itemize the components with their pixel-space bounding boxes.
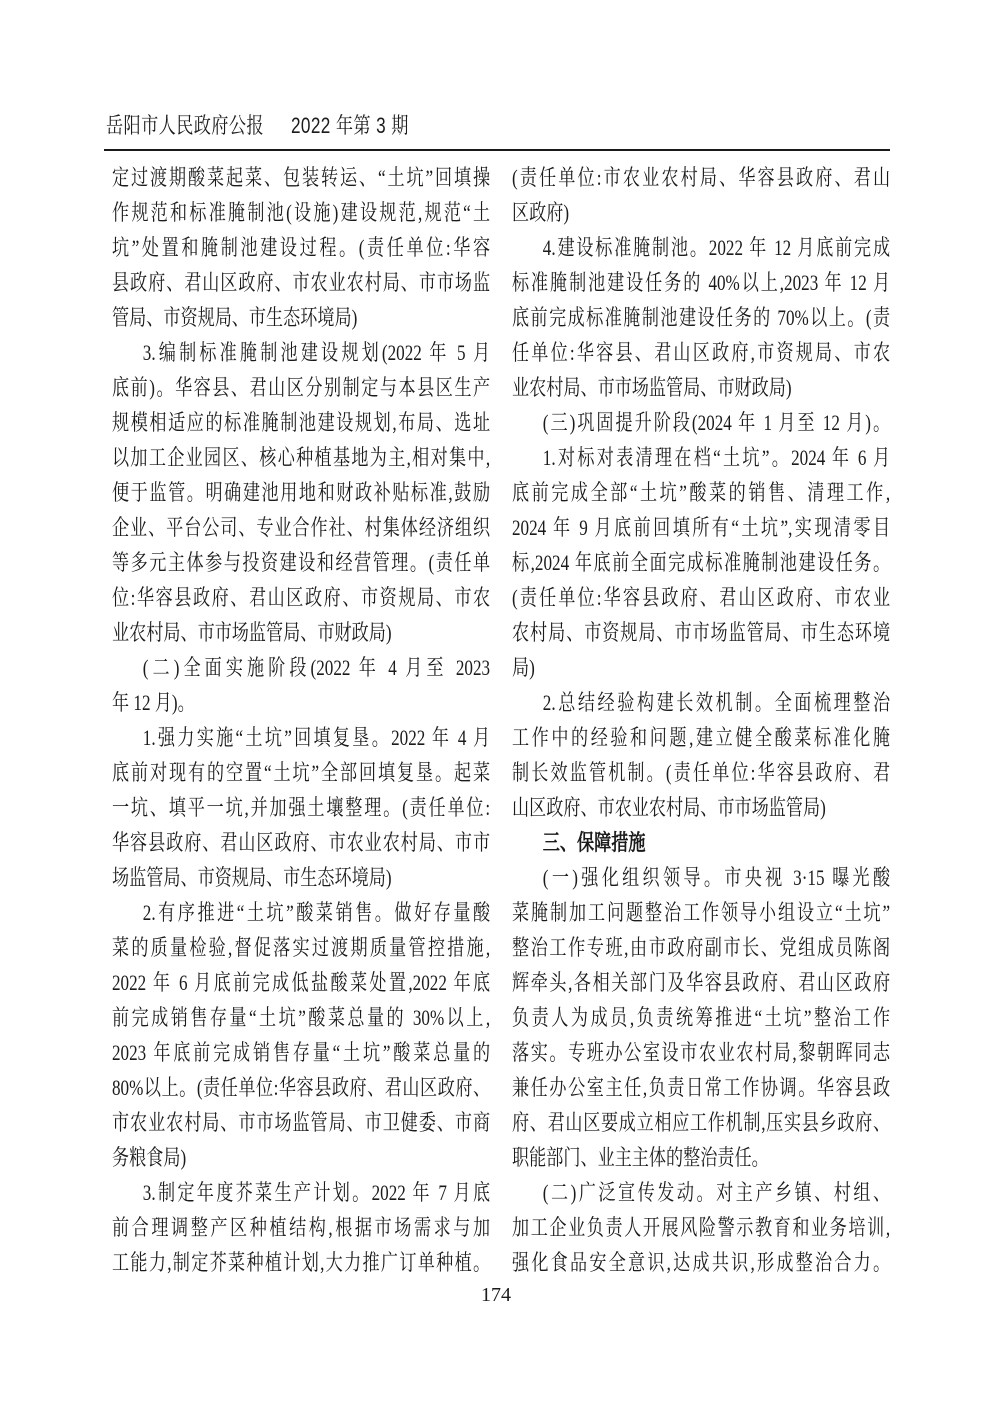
text-line: 场监管局、市资规局、市生态环境局) [112,860,490,895]
text-line: 2.有序推进“土坑”酸菜销售。做好存量酸 [112,895,490,930]
text-line: 府、君山区要成立相应工作机制,压实县乡政府、 [512,1105,890,1140]
text-line: 农村局、市资规局、市市场监管局、市生态环境 [512,615,890,650]
text-line: 前合理调整产区种植结构,根据市场需求与加 [112,1210,490,1245]
text-line: 以加工企业园区、核心种植基地为主,相对集中, [112,440,490,475]
text-line: 年 12 月)。 [112,685,490,720]
text-line: 管局、市资规局、市生态环境局) [112,300,490,335]
text-line: 规模相适应的标准腌制池建设规划,布局、选址 [112,405,490,440]
text-line: 标,2024 年底前全面完成标准腌制池建设任务。 [512,545,890,580]
text-line: 强化食品安全意识,达成共识,形成整治合力。 [512,1245,890,1280]
text-line: 职能部门、业主主体的整治责任。 [512,1140,890,1175]
text-line: 华容县政府、君山区政府、市农业农村局、市市 [112,825,490,860]
page: 岳阳市人民政府公报 2022 年第 3 期 定过渡期酸菜起菜、包装转运、“土坑”… [0,0,992,1403]
text-line: 等多元主体参与投资建设和经营管理。(责任单 [112,545,490,580]
text-line: 便于监管。明确建池用地和财政补贴标准,鼓励 [112,475,490,510]
text-line: 区政府) [512,195,890,230]
column-right: (责任单位:市农业农村局、华容县政府、君山区政府)4.建设标准腌制池。2022 … [512,160,890,1280]
text-line: 菜的质量检验,督促落实过渡期质量管控措施, [112,930,490,965]
header-rule [104,149,890,151]
text-line: 位:华容县政府、君山区政府、市资规局、市农 [112,580,490,615]
text-line: (责任单位:华容县政府、君山区政府、市农业 [512,580,890,615]
text-line: 整治工作专班,由市政府副市长、党组成员陈阁 [512,930,890,965]
text-line: 底前对现有的空置“土坑”全部回填复垦。起菜 [112,755,490,790]
text-line: 工作中的经验和问题,建立健全酸菜标准化腌 [512,720,890,755]
text-line: 坑”处置和腌制池建设过程。(责任单位:华容 [112,230,490,265]
text-line: 加工企业负责人开展风险警示教育和业务培训, [512,1210,890,1245]
text-line: (责任单位:市农业农村局、华容县政府、君山 [512,160,890,195]
page-number: 174 [0,1281,992,1309]
text-line: 底前完成全部“土坑”酸菜的销售、清理工作, [512,475,890,510]
text-line: 3.制定年度芥菜生产计划。2022 年 7 月底 [112,1175,490,1210]
text-line: (三)巩固提升阶段(2024 年 1 月至 12 月)。 [512,405,890,440]
text-line: 制长效监管机制。(责任单位:华容县政府、君 [512,755,890,790]
text-line: 底前完成标准腌制池建设任务的 70%以上。(责 [512,300,890,335]
text-line: 辉牵头,各相关部门及华容县政府、君山区政府 [512,965,890,1000]
text-line: 定过渡期酸菜起菜、包装转运、“土坑”回填操 [112,160,490,195]
text-line: 市农业农村局、市市场监管局、市卫健委、市商 [112,1105,490,1140]
gazette-header: 岳阳市人民政府公报 2022 年第 3 期 [106,112,409,140]
gazette-title: 岳阳市人民政府公报 [106,113,264,138]
text-line: 80%以上。(责任单位:华容县政府、君山区政府、 [112,1070,490,1105]
text-line: 业农村局、市市场监管局、市财政局) [512,370,890,405]
gazette-issue: 2022 年第 3 期 [291,113,409,138]
text-line: 3.编制标准腌制池建设规划(2022 年 5 月 [112,335,490,370]
text-line: 务粮食局) [112,1140,490,1175]
text-line: 2.总结经验构建长效机制。全面梳理整治 [512,685,890,720]
text-line: 底前)。华容县、君山区分别制定与本县区生产 [112,370,490,405]
text-line: (二)广泛宣传发动。对主产乡镇、村组、 [512,1175,890,1210]
text-line: 1.对标对表清理在档“土坑”。2024 年 6 月 [512,440,890,475]
text-line: 1.强力实施“土坑”回填复垦。2022 年 4 月 [112,720,490,755]
column-left: 定过渡期酸菜起菜、包装转运、“土坑”回填操作规范和标准腌制池(设施)建设规范,规… [112,160,490,1280]
text-line: 落实。专班办公室设市农业农村局,黎朝晖同志 [512,1035,890,1070]
text-line: 企业、平台公司、专业合作社、村集体经济组织 [112,510,490,545]
text-line: 作规范和标准腌制池(设施)建设规范,规范“土 [112,195,490,230]
text-line: 2022 年 6 月底前完成低盐酸菜处置,2022 年底 [112,965,490,1000]
text-line: 2023 年底前完成销售存量“土坑”酸菜总量的 [112,1035,490,1070]
text-line: 前完成销售存量“土坑”酸菜总量的 30%以上, [112,1000,490,1035]
text-line: 菜腌制加工问题整治工作领导小组设立“土坑” [512,895,890,930]
text-line: 负责人为成员,负责统筹推进“土坑”整治工作 [512,1000,890,1035]
text-line: 一坑、填平一坑,并加强土壤整理。(责任单位: [112,790,490,825]
text-line: 业农村局、市市场监管局、市财政局) [112,615,490,650]
text-line: 2024 年 9 月底前回填所有“土坑”,实现清零目 [512,510,890,545]
text-line: 标准腌制池建设任务的 40%以上,2023 年 12 月 [512,265,890,300]
text-line: 县政府、君山区政府、市农业农村局、市市场监 [112,265,490,300]
text-line: 4.建设标准腌制池。2022 年 12 月底前完成 [512,230,890,265]
text-line: 工能力,制定芥菜种植计划,大力推广订单种植。 [112,1245,490,1280]
text-line: 三、保障措施 [512,825,890,860]
text-line: 局) [512,650,890,685]
text-line: 任单位:华容县、君山区政府,市资规局、市农 [512,335,890,370]
text-line: 山区政府、市农业农村局、市市场监管局) [512,790,890,825]
text-line: 兼任办公室主任,负责日常工作协调。华容县政 [512,1070,890,1105]
text-line: (一)强化组织领导。市央视 3·15 曝光酸 [512,860,890,895]
text-line: (二)全面实施阶段(2022 年 4 月至 2023 [112,650,490,685]
